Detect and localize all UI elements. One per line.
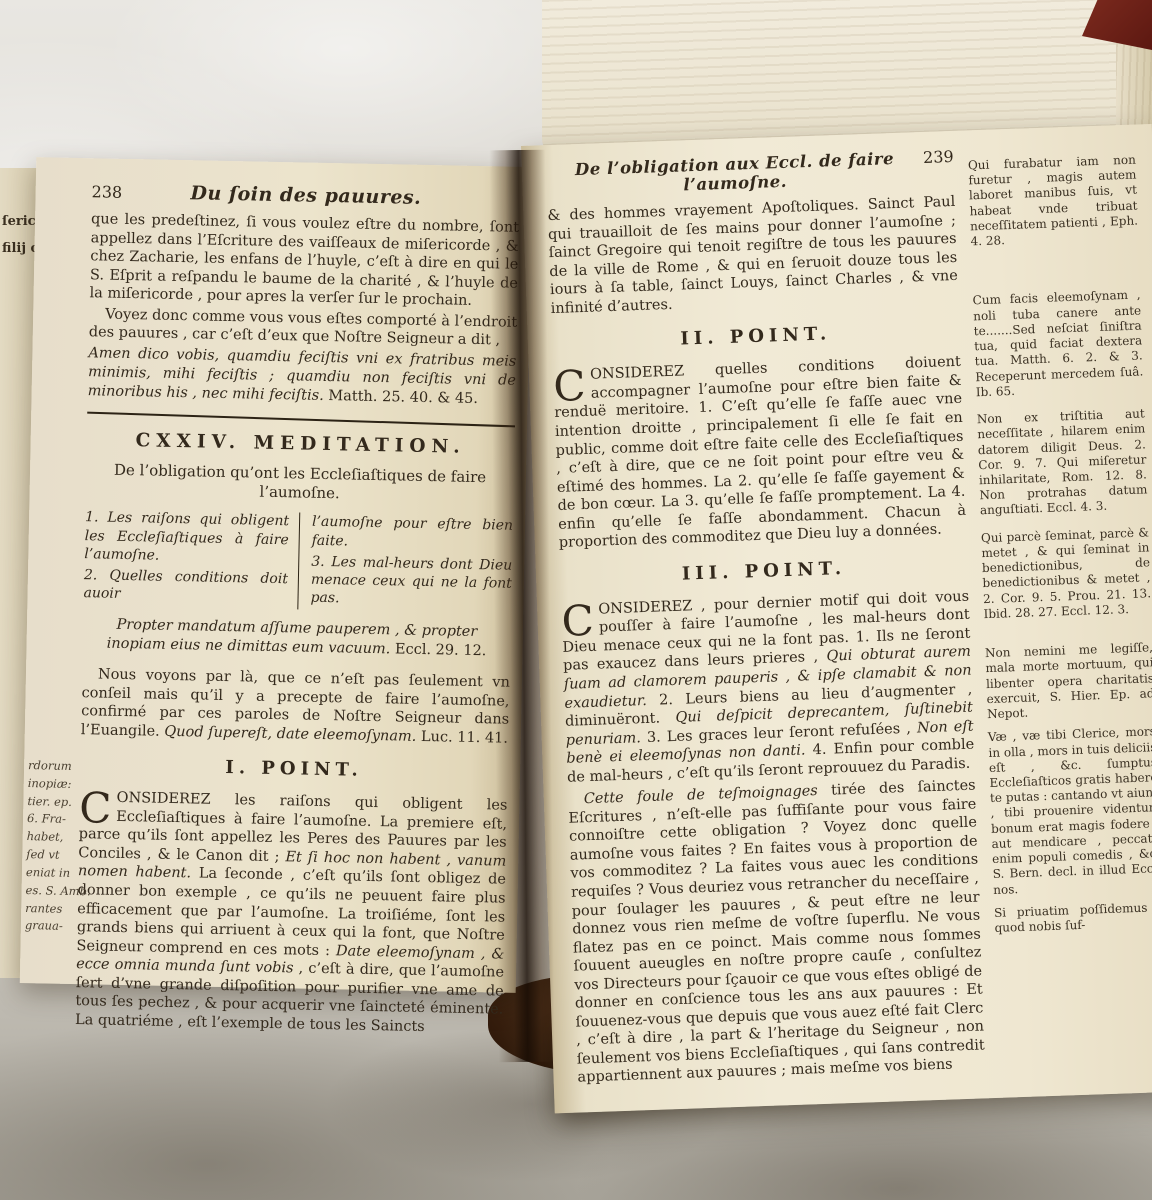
running-title-left: Du ſoin des pauures.: [122, 181, 490, 210]
margin-fragment: rdorum: [28, 757, 76, 776]
meditation-heading: CXXIV. MEDITATION.: [86, 429, 514, 461]
margin-fragment: rantes: [25, 900, 73, 919]
left-margin-note-fragments: rdorum inopiæ: tier. ep. 6. Fra- habet, …: [25, 757, 77, 936]
paragraph: & des hommes vrayement Apoſtoliques. Sai…: [547, 193, 959, 318]
point1-heading: I. POINT.: [80, 753, 508, 785]
closing-paragraph: Cette foule de teſmoignages tirée des ſa…: [568, 777, 986, 1088]
outline-column-left: 1. Les raiſons qui obligent les Eccleſia…: [83, 509, 299, 610]
photo-of-open-book: ſericordiæ , filij olei. 238 Du ſoin des…: [0, 0, 1152, 1200]
marginalia-column: Qui furabatur iam non furetur , magis au…: [967, 141, 1152, 1075]
outline-column-right: l’aumoſne pour eſtre bien faite. 3. Les …: [297, 513, 513, 614]
paragraph: que les predeſtinez, ſi vous voulez eſtr…: [89, 210, 519, 311]
margin-fragment: tier. ep.: [27, 793, 75, 812]
running-head-left: 238 Du ſoin des pauures.: [91, 180, 519, 211]
margin-fragment: inopiæ:: [28, 775, 76, 794]
drop-cap: C: [553, 366, 591, 404]
point2-text: ONSIDEREZ quelles conditions doiuent acc…: [554, 354, 966, 551]
margin-fragment: ſed vt: [26, 846, 74, 865]
margin-fragment: graua-: [25, 917, 73, 936]
margin-note: Cum facis eleemoſynam , noli tuba canere…: [972, 288, 1144, 400]
point3-heading: III. POINT.: [560, 552, 969, 589]
latin-epigraph: Propter mandatum aſſume pauperem , & pro…: [90, 616, 503, 662]
point1-paragraph: CONSIDEREZ les raiſons qui obligent les …: [75, 788, 508, 1038]
running-title-right: De l’obligation aux Eccl. de faire l’aum…: [546, 148, 925, 199]
point3-paragraph: CONSIDEREZ , pour dernier motif qui doit…: [561, 587, 975, 787]
paragraph: Voyez donc comme vous vous eſtes comport…: [89, 305, 518, 351]
point2-heading: II. POINT.: [552, 318, 961, 355]
page-number-right: 239: [923, 147, 954, 167]
margin-note: Non nemini me legiſſe, mala morte mortuu…: [985, 640, 1152, 722]
scripture-quote: Amen dico vobis, quamdiu feciſtis vni ex…: [87, 344, 516, 409]
margin-fragment: 6. Fra-: [27, 810, 75, 829]
margin-note: Qui parcè ſeminat, parcè & metet , & qui…: [981, 525, 1152, 622]
point2-paragraph: CONSIDEREZ quelles conditions doiuent ac…: [553, 353, 967, 553]
margin-fragment: eniat in: [26, 864, 74, 883]
margin-fragment: es. S. Amb.: [25, 882, 73, 901]
page-number-left: 238: [91, 182, 122, 202]
running-head-right: De l’obligation aux Eccl. de faire l’aum…: [546, 147, 955, 199]
margin-fragment: habet,: [27, 828, 75, 847]
margin-note: Si priuatim poſſidemus , quod nobis ſuf-: [994, 900, 1152, 936]
book-gutter-shadow: [489, 150, 555, 1063]
outline-item: l’aumoſne pour eſtre bien faite.: [312, 513, 514, 553]
point3-text: ONSIDEREZ , pour dernier motif qui doit …: [562, 588, 974, 785]
outline-item: 1. Les raiſons qui obligent les Eccleſia…: [84, 509, 289, 568]
point1-text: ONSIDEREZ les raiſons qui obligent les E…: [75, 790, 508, 1035]
margin-note: Qui furabatur iam non furetur , magis au…: [968, 153, 1139, 250]
outline-item: 2. Quelles conditions doit auoir: [83, 566, 288, 606]
drop-cap: C: [79, 788, 117, 826]
outline-item: 3. Les mal-heurs dont Dieu menace ceux q…: [310, 552, 512, 611]
meditation-outline: 1. Les raiſons qui obligent les Eccleſia…: [83, 509, 513, 615]
paragraph: Nous voyons par là, que ce n’eſt pas ſeu…: [81, 665, 510, 748]
page-left-238: 238 Du ſoin des pauures. que les predeſt…: [20, 157, 532, 993]
margin-note: Non ex triſtitia aut neceſſitate , hilar…: [977, 406, 1149, 518]
margin-note: Væ , væ tibi Clerice, mors in olla , mor…: [988, 724, 1152, 897]
section-rule: [87, 412, 515, 428]
meditation-subtitle: De l’obligation qu’ont les Eccleſiaſtiqu…: [103, 461, 496, 507]
drop-cap: C: [561, 600, 599, 638]
page-right-239: De l’obligation aux Eccl. de faire l’aum…: [521, 124, 1152, 1113]
